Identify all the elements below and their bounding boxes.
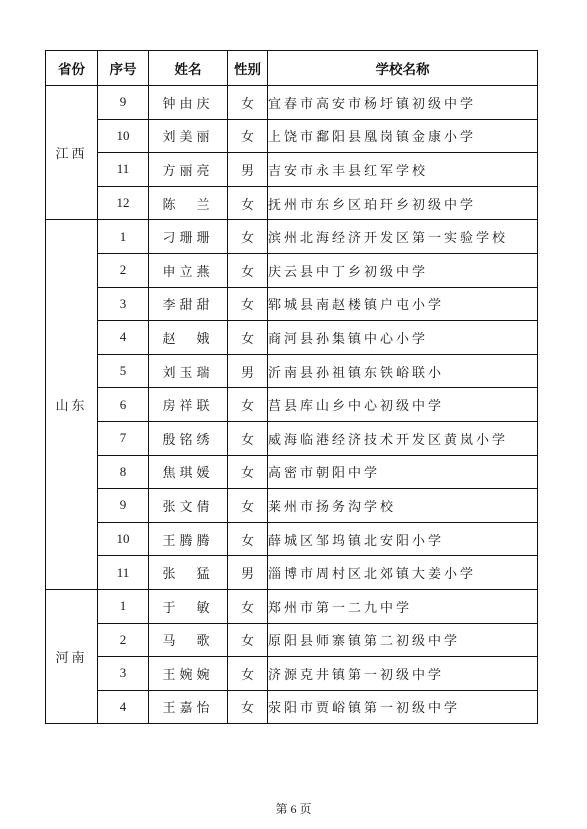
school-cell: 薛城区邹坞镇北安阳小学 [268, 522, 538, 556]
gender-cell: 女 [228, 589, 268, 623]
table-row: 11方丽亮男吉安市永丰县红军学校 [46, 153, 538, 187]
school-cell: 上饶市鄱阳县凰岗镇金康小学 [268, 119, 538, 153]
table-row: 3王婉婉女济源克井镇第一初级中学 [46, 657, 538, 691]
number-cell: 11 [98, 556, 149, 590]
school-cell: 莒县库山乡中心初级中学 [268, 388, 538, 422]
number-cell: 9 [98, 86, 149, 120]
gender-cell: 女 [228, 220, 268, 254]
name-cell: 马 歌 [149, 623, 228, 657]
gender-cell: 女 [228, 186, 268, 220]
table-row: 6房祥联女莒县库山乡中心初级中学 [46, 388, 538, 422]
number-cell: 11 [98, 153, 149, 187]
number-cell: 4 [98, 321, 149, 355]
number-cell: 8 [98, 455, 149, 489]
province-cell: 江西 [46, 86, 98, 220]
school-cell: 庆云县中丁乡初级中学 [268, 253, 538, 287]
table-row: 12陈 兰女抚州市东乡区珀玕乡初级中学 [46, 186, 538, 220]
name-cell: 钟由庆 [149, 86, 228, 120]
gender-cell: 女 [228, 690, 268, 724]
school-cell: 淄博市周村区北郊镇大姜小学 [268, 556, 538, 590]
header-number: 序号 [98, 51, 149, 86]
table-row: 4王嘉怡女荥阳市贾峪镇第一初级中学 [46, 690, 538, 724]
header-province: 省份 [46, 51, 98, 86]
table-row: 11张 猛男淄博市周村区北郊镇大姜小学 [46, 556, 538, 590]
gender-cell: 女 [228, 489, 268, 523]
gender-cell: 男 [228, 556, 268, 590]
name-cell: 焦琪媛 [149, 455, 228, 489]
name-cell: 于 敏 [149, 589, 228, 623]
name-cell: 赵 娥 [149, 321, 228, 355]
table-row: 河南1于 敏女郑州市第一二九中学 [46, 589, 538, 623]
school-cell: 商河县孙集镇中心小学 [268, 321, 538, 355]
gender-cell: 女 [228, 287, 268, 321]
school-cell: 郓城县南赵楼镇户屯小学 [268, 287, 538, 321]
document-page: 省份 序号 姓名 性别 学校名称 江西9钟由庆女宜春市高安市杨圩镇初级中学10刘… [0, 0, 587, 829]
table-body: 江西9钟由庆女宜春市高安市杨圩镇初级中学10刘美丽女上饶市鄱阳县凰岗镇金康小学1… [46, 86, 538, 724]
number-cell: 6 [98, 388, 149, 422]
school-cell: 郑州市第一二九中学 [268, 589, 538, 623]
name-cell: 王婉婉 [149, 657, 228, 691]
school-cell: 吉安市永丰县红军学校 [268, 153, 538, 187]
school-cell: 威海临港经济技术开发区黄岚小学 [268, 421, 538, 455]
number-cell: 2 [98, 623, 149, 657]
gender-cell: 男 [228, 354, 268, 388]
name-cell: 王嘉怡 [149, 690, 228, 724]
table-header-row: 省份 序号 姓名 性别 学校名称 [46, 51, 538, 86]
province-cell: 河南 [46, 589, 98, 723]
number-cell: 12 [98, 186, 149, 220]
name-cell: 张文倩 [149, 489, 228, 523]
gender-cell: 女 [228, 119, 268, 153]
school-cell: 抚州市东乡区珀玕乡初级中学 [268, 186, 538, 220]
table-row: 10王腾腾女薛城区邹坞镇北安阳小学 [46, 522, 538, 556]
table-row: 2马 歌女原阳县师寨镇第二初级中学 [46, 623, 538, 657]
gender-cell: 女 [228, 623, 268, 657]
number-cell: 10 [98, 119, 149, 153]
school-cell: 济源克井镇第一初级中学 [268, 657, 538, 691]
name-cell: 申立燕 [149, 253, 228, 287]
page-number: 第 6 页 [0, 800, 587, 817]
header-name: 姓名 [149, 51, 228, 86]
name-cell: 房祥联 [149, 388, 228, 422]
gender-cell: 女 [228, 455, 268, 489]
name-cell: 方丽亮 [149, 153, 228, 187]
number-cell: 1 [98, 589, 149, 623]
school-cell: 滨州北海经济开发区第一实验学校 [268, 220, 538, 254]
gender-cell: 女 [228, 253, 268, 287]
table-row: 3李甜甜女郓城县南赵楼镇户屯小学 [46, 287, 538, 321]
table-row: 9张文倩女莱州市扬务沟学校 [46, 489, 538, 523]
gender-cell: 女 [228, 421, 268, 455]
school-cell: 莱州市扬务沟学校 [268, 489, 538, 523]
table-row: 江西9钟由庆女宜春市高安市杨圩镇初级中学 [46, 86, 538, 120]
province-cell: 山东 [46, 220, 98, 590]
table-row: 5刘玉瑞男沂南县孙祖镇东铁峪联小 [46, 354, 538, 388]
header-school: 学校名称 [268, 51, 538, 86]
table-row: 2申立燕女庆云县中丁乡初级中学 [46, 253, 538, 287]
number-cell: 3 [98, 657, 149, 691]
name-cell: 陈 兰 [149, 186, 228, 220]
table-row: 8焦琪媛女高密市朝阳中学 [46, 455, 538, 489]
table-row: 山东1刁珊珊女滨州北海经济开发区第一实验学校 [46, 220, 538, 254]
gender-cell: 女 [228, 522, 268, 556]
table-row: 10刘美丽女上饶市鄱阳县凰岗镇金康小学 [46, 119, 538, 153]
number-cell: 9 [98, 489, 149, 523]
table-row: 7殷铭绣女威海临港经济技术开发区黄岚小学 [46, 421, 538, 455]
teacher-roster-table: 省份 序号 姓名 性别 学校名称 江西9钟由庆女宜春市高安市杨圩镇初级中学10刘… [45, 50, 538, 724]
number-cell: 7 [98, 421, 149, 455]
name-cell: 王腾腾 [149, 522, 228, 556]
table-row: 4赵 娥女商河县孙集镇中心小学 [46, 321, 538, 355]
name-cell: 李甜甜 [149, 287, 228, 321]
number-cell: 10 [98, 522, 149, 556]
gender-cell: 女 [228, 321, 268, 355]
number-cell: 3 [98, 287, 149, 321]
name-cell: 刁珊珊 [149, 220, 228, 254]
header-gender: 性别 [228, 51, 268, 86]
name-cell: 刘玉瑞 [149, 354, 228, 388]
number-cell: 4 [98, 690, 149, 724]
school-cell: 荥阳市贾峪镇第一初级中学 [268, 690, 538, 724]
gender-cell: 女 [228, 657, 268, 691]
gender-cell: 女 [228, 86, 268, 120]
number-cell: 5 [98, 354, 149, 388]
school-cell: 原阳县师寨镇第二初级中学 [268, 623, 538, 657]
gender-cell: 女 [228, 388, 268, 422]
gender-cell: 男 [228, 153, 268, 187]
number-cell: 2 [98, 253, 149, 287]
school-cell: 宜春市高安市杨圩镇初级中学 [268, 86, 538, 120]
name-cell: 张 猛 [149, 556, 228, 590]
school-cell: 高密市朝阳中学 [268, 455, 538, 489]
number-cell: 1 [98, 220, 149, 254]
school-cell: 沂南县孙祖镇东铁峪联小 [268, 354, 538, 388]
name-cell: 殷铭绣 [149, 421, 228, 455]
name-cell: 刘美丽 [149, 119, 228, 153]
